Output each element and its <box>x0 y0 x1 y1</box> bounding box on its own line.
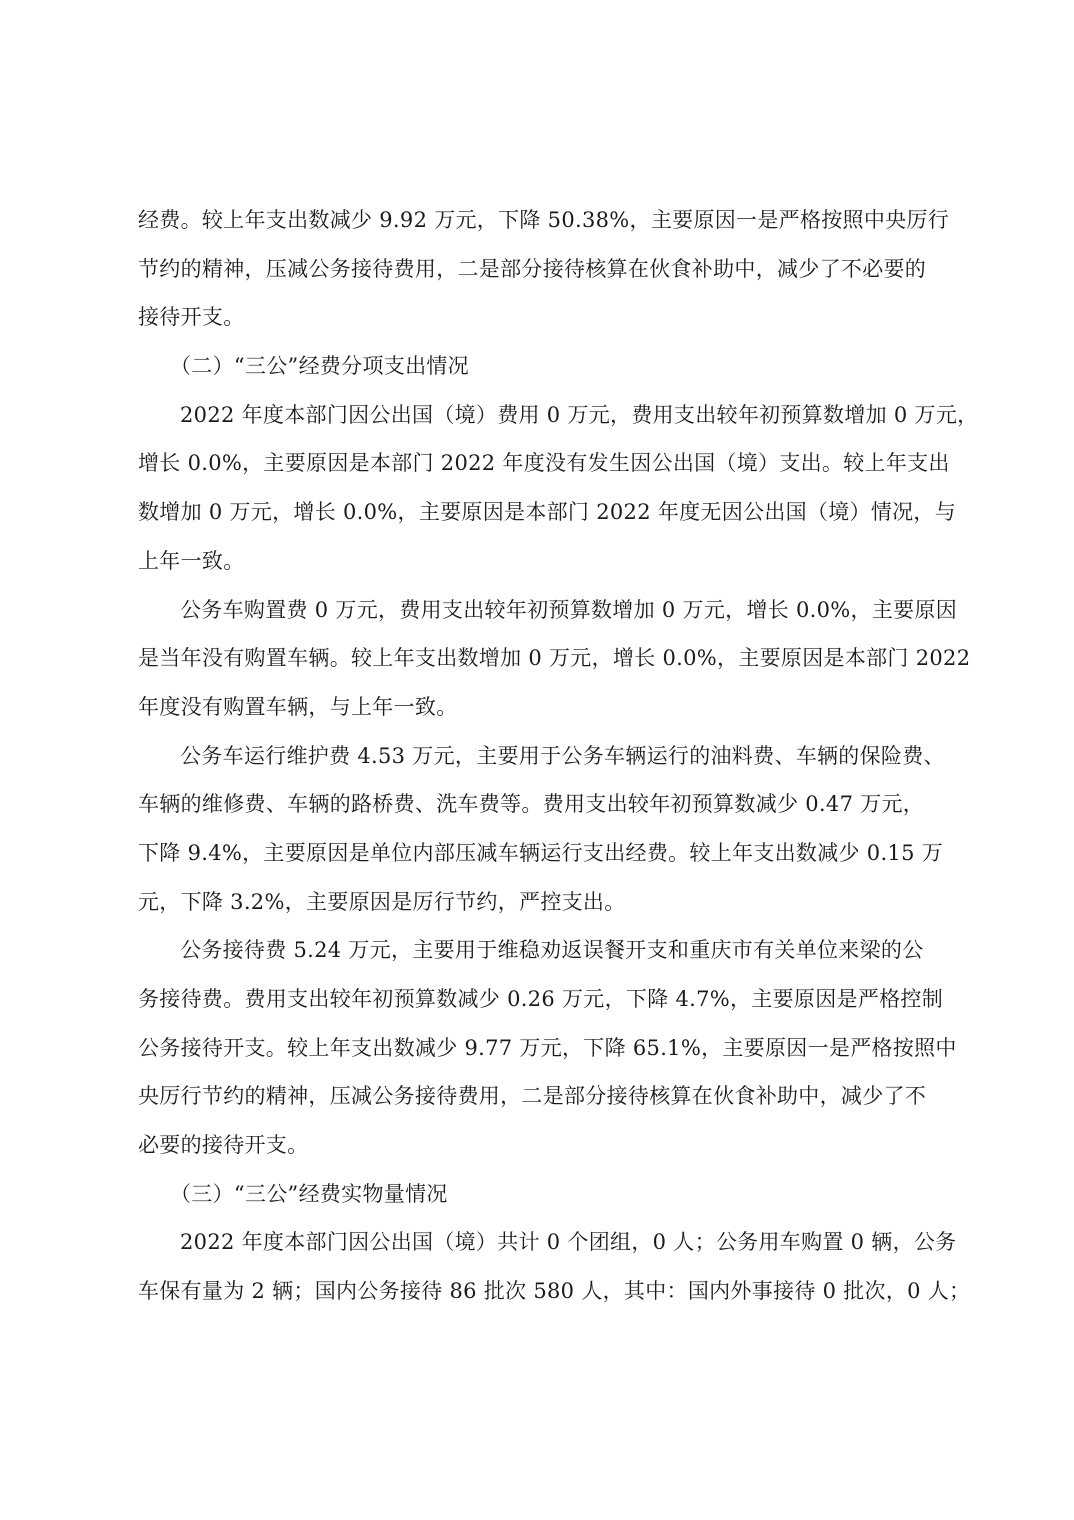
text-line: 公务接待开支。较上年支出数减少 9.77 万元，下降 65.1%，主要原因一是严… <box>138 1024 938 1073</box>
text-line: 2022 年度本部门因公出国（境）费用 0 万元，费用支出较年初预算数增加 0 … <box>138 391 938 440</box>
text-line: 数增加 0 万元，增长 0.0%，主要原因是本部门 2022 年度无因公出国（境… <box>138 488 938 537</box>
paragraph-physical-quantity: 2022 年度本部门因公出国（境）共计 0 个团组，0 人；公务用车购置 0 辆… <box>138 1218 938 1315</box>
paragraph-overseas-travel: 2022 年度本部门因公出国（境）费用 0 万元，费用支出较年初预算数增加 0 … <box>138 391 938 586</box>
text-line: 车辆的维修费、车辆的路桥费、洗车费等。费用支出较年初预算数减少 0.47 万元， <box>138 780 938 829</box>
text-line: 公务接待费 5.24 万元，主要用于维稳劝返误餐开支和重庆市有关单位来梁的公 <box>138 926 938 975</box>
text-line: 上年一致。 <box>138 537 938 586</box>
paragraph-public-reception-summary: 经费。较上年支出数减少 9.92 万元，下降 50.38%，主要原因一是严格按照… <box>138 196 938 342</box>
text-line: 接待开支。 <box>138 293 938 342</box>
text-line: 公务车运行维护费 4.53 万元，主要用于公务车辆运行的油料费、车辆的保险费、 <box>138 732 938 781</box>
text-line: 2022 年度本部门因公出国（境）共计 0 个团组，0 人；公务用车购置 0 辆… <box>138 1218 938 1267</box>
text-line: 是当年没有购置车辆。较上年支出数增加 0 万元，增长 0.0%，主要原因是本部门… <box>138 634 938 683</box>
text-line: 增长 0.0%，主要原因是本部门 2022 年度没有发生因公出国（境）支出。较上… <box>138 439 938 488</box>
paragraph-vehicle-purchase: 公务车购置费 0 万元，费用支出较年初预算数增加 0 万元，增长 0.0%，主要… <box>138 586 938 732</box>
text-line: 下降 9.4%，主要原因是单位内部压减车辆运行支出经费。较上年支出数减少 0.1… <box>138 829 938 878</box>
text-line: 央厉行节约的精神，压减公务接待费用，二是部分接待核算在伙食补助中，减少了不 <box>138 1072 938 1121</box>
text-line: 车保有量为 2 辆；国内公务接待 86 批次 580 人，其中：国内外事接待 0… <box>138 1267 938 1316</box>
text-line: 务接待费。费用支出较年初预算数减少 0.26 万元，下降 4.7%，主要原因是严… <box>138 975 938 1024</box>
section-heading-itemized-expenditure: （二）“三公”经费分项支出情况 <box>138 342 938 391</box>
text-line: 节约的精神，压减公务接待费用，二是部分接待核算在伙食补助中，减少了不必要的 <box>138 245 938 294</box>
text-line: 经费。较上年支出数减少 9.92 万元，下降 50.38%，主要原因一是严格按照… <box>138 196 938 245</box>
section-heading-physical-quantity: （三）“三公”经费实物量情况 <box>138 1170 938 1219</box>
text-line: 必要的接待开支。 <box>138 1121 938 1170</box>
text-line: 公务车购置费 0 万元，费用支出较年初预算数增加 0 万元，增长 0.0%，主要… <box>138 586 938 635</box>
paragraph-vehicle-maintenance: 公务车运行维护费 4.53 万元，主要用于公务车辆运行的油料费、车辆的保险费、 … <box>138 732 938 927</box>
document-page: 经费。较上年支出数减少 9.92 万元，下降 50.38%，主要原因一是严格按照… <box>138 196 938 1316</box>
paragraph-official-reception: 公务接待费 5.24 万元，主要用于维稳劝返误餐开支和重庆市有关单位来梁的公 务… <box>138 926 938 1169</box>
text-line: 元，下降 3.2%，主要原因是厉行节约，严控支出。 <box>138 878 938 927</box>
text-line: 年度没有购置车辆，与上年一致。 <box>138 683 938 732</box>
